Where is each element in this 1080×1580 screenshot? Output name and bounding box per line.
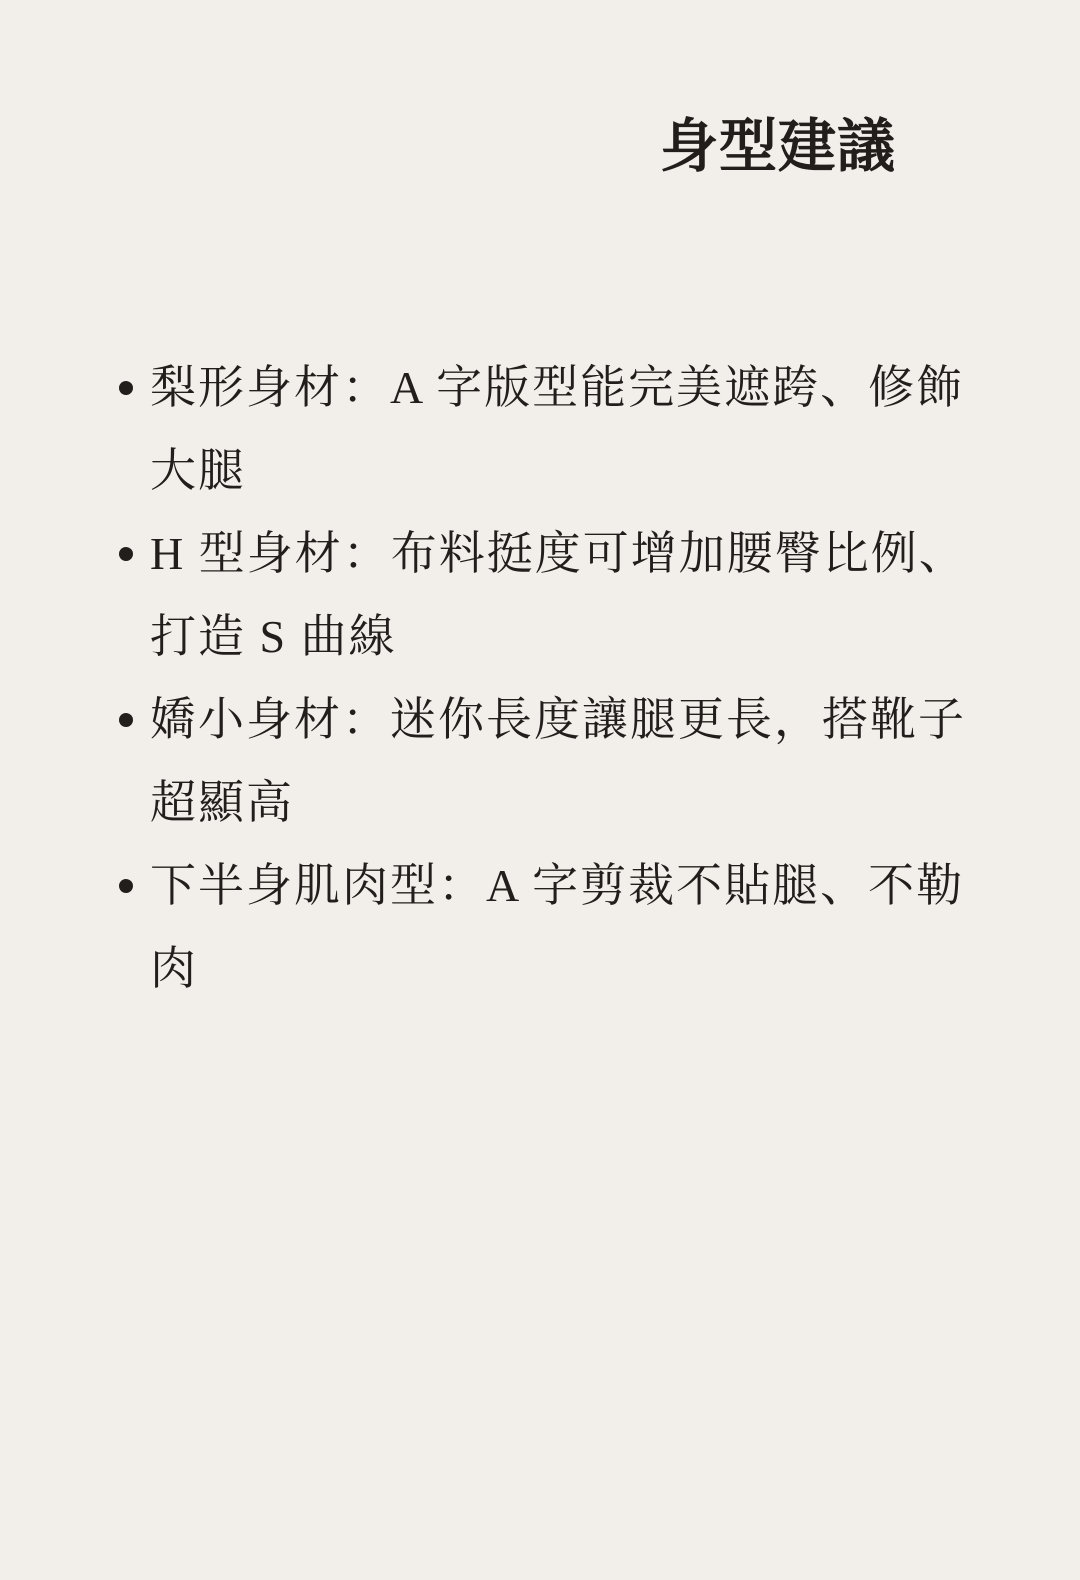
bullet-dot-icon	[119, 547, 133, 561]
list-item: 梨形身材：A 字版型能完美遮跨、修飾 大腿	[150, 346, 992, 512]
bullet-line: 嬌小身材：迷你長度讓腿更長，搭靴子	[150, 678, 992, 761]
list-item: 下半身肌肉型：A 字剪裁不貼腿、不勒 肉	[150, 844, 992, 1010]
bullet-line: 超顯高	[150, 761, 992, 844]
page-title: 身型建議	[660, 116, 896, 178]
list-item: 嬌小身材：迷你長度讓腿更長，搭靴子 超顯高	[150, 678, 992, 844]
bullet-dot-icon	[119, 381, 133, 395]
list-item: H 型身材：布料挺度可增加腰臀比例、 打造 S 曲線	[150, 512, 992, 678]
bullet-dot-icon	[119, 713, 133, 727]
bullet-list: 梨形身材：A 字版型能完美遮跨、修飾 大腿 H 型身材：布料挺度可增加腰臀比例、…	[150, 346, 992, 1010]
bullet-dot-icon	[119, 879, 133, 893]
bullet-line: 打造 S 曲線	[150, 595, 992, 678]
bullet-line: 大腿	[150, 429, 992, 512]
bullet-line: 下半身肌肉型：A 字剪裁不貼腿、不勒	[150, 844, 992, 927]
bullet-line: 梨形身材：A 字版型能完美遮跨、修飾	[150, 346, 992, 429]
bullet-line: 肉	[150, 927, 992, 1010]
bullet-line: H 型身材：布料挺度可增加腰臀比例、	[150, 512, 992, 595]
